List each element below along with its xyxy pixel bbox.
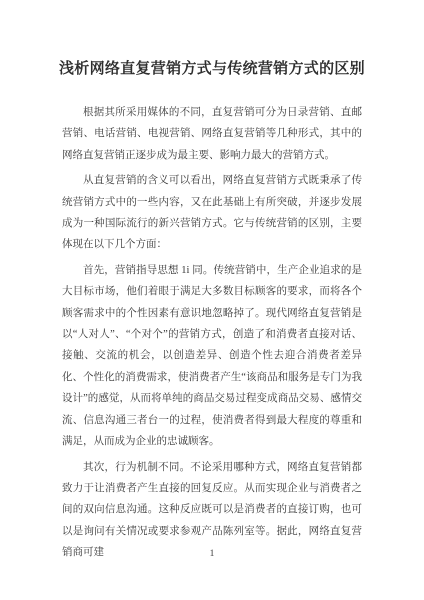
paragraph: 其次，行为机制不同。不论采用哪种方式，网络直复营销都致力于让消费者产生直接的回复…: [62, 457, 362, 564]
paragraph: 首先，营销指导思想 1i 同。传统营销中，生产企业追求的是大目标市场，他们着眼于…: [62, 260, 362, 453]
page-number: 1: [0, 549, 424, 559]
paragraph: 根据其所采用媒体的不同，直复营销可分为日录营销、直邮营销、电话营销、电视营销、网…: [62, 102, 362, 166]
paragraph: 从直复营销的含义可以看出，网络直复营销方式既秉承了传统营销方式中的一些内容，又在…: [62, 170, 362, 256]
document-page: 浅析网络直复营销方式与传统营销方式的区别 根据其所采用媒体的不同，直复营销可分为…: [0, 0, 424, 600]
document-body: 根据其所采用媒体的不同，直复营销可分为日录营销、直邮营销、电话营销、电视营销、网…: [62, 102, 362, 564]
page-title: 浅析网络直复营销方式与传统营销方式的区别: [0, 0, 424, 81]
